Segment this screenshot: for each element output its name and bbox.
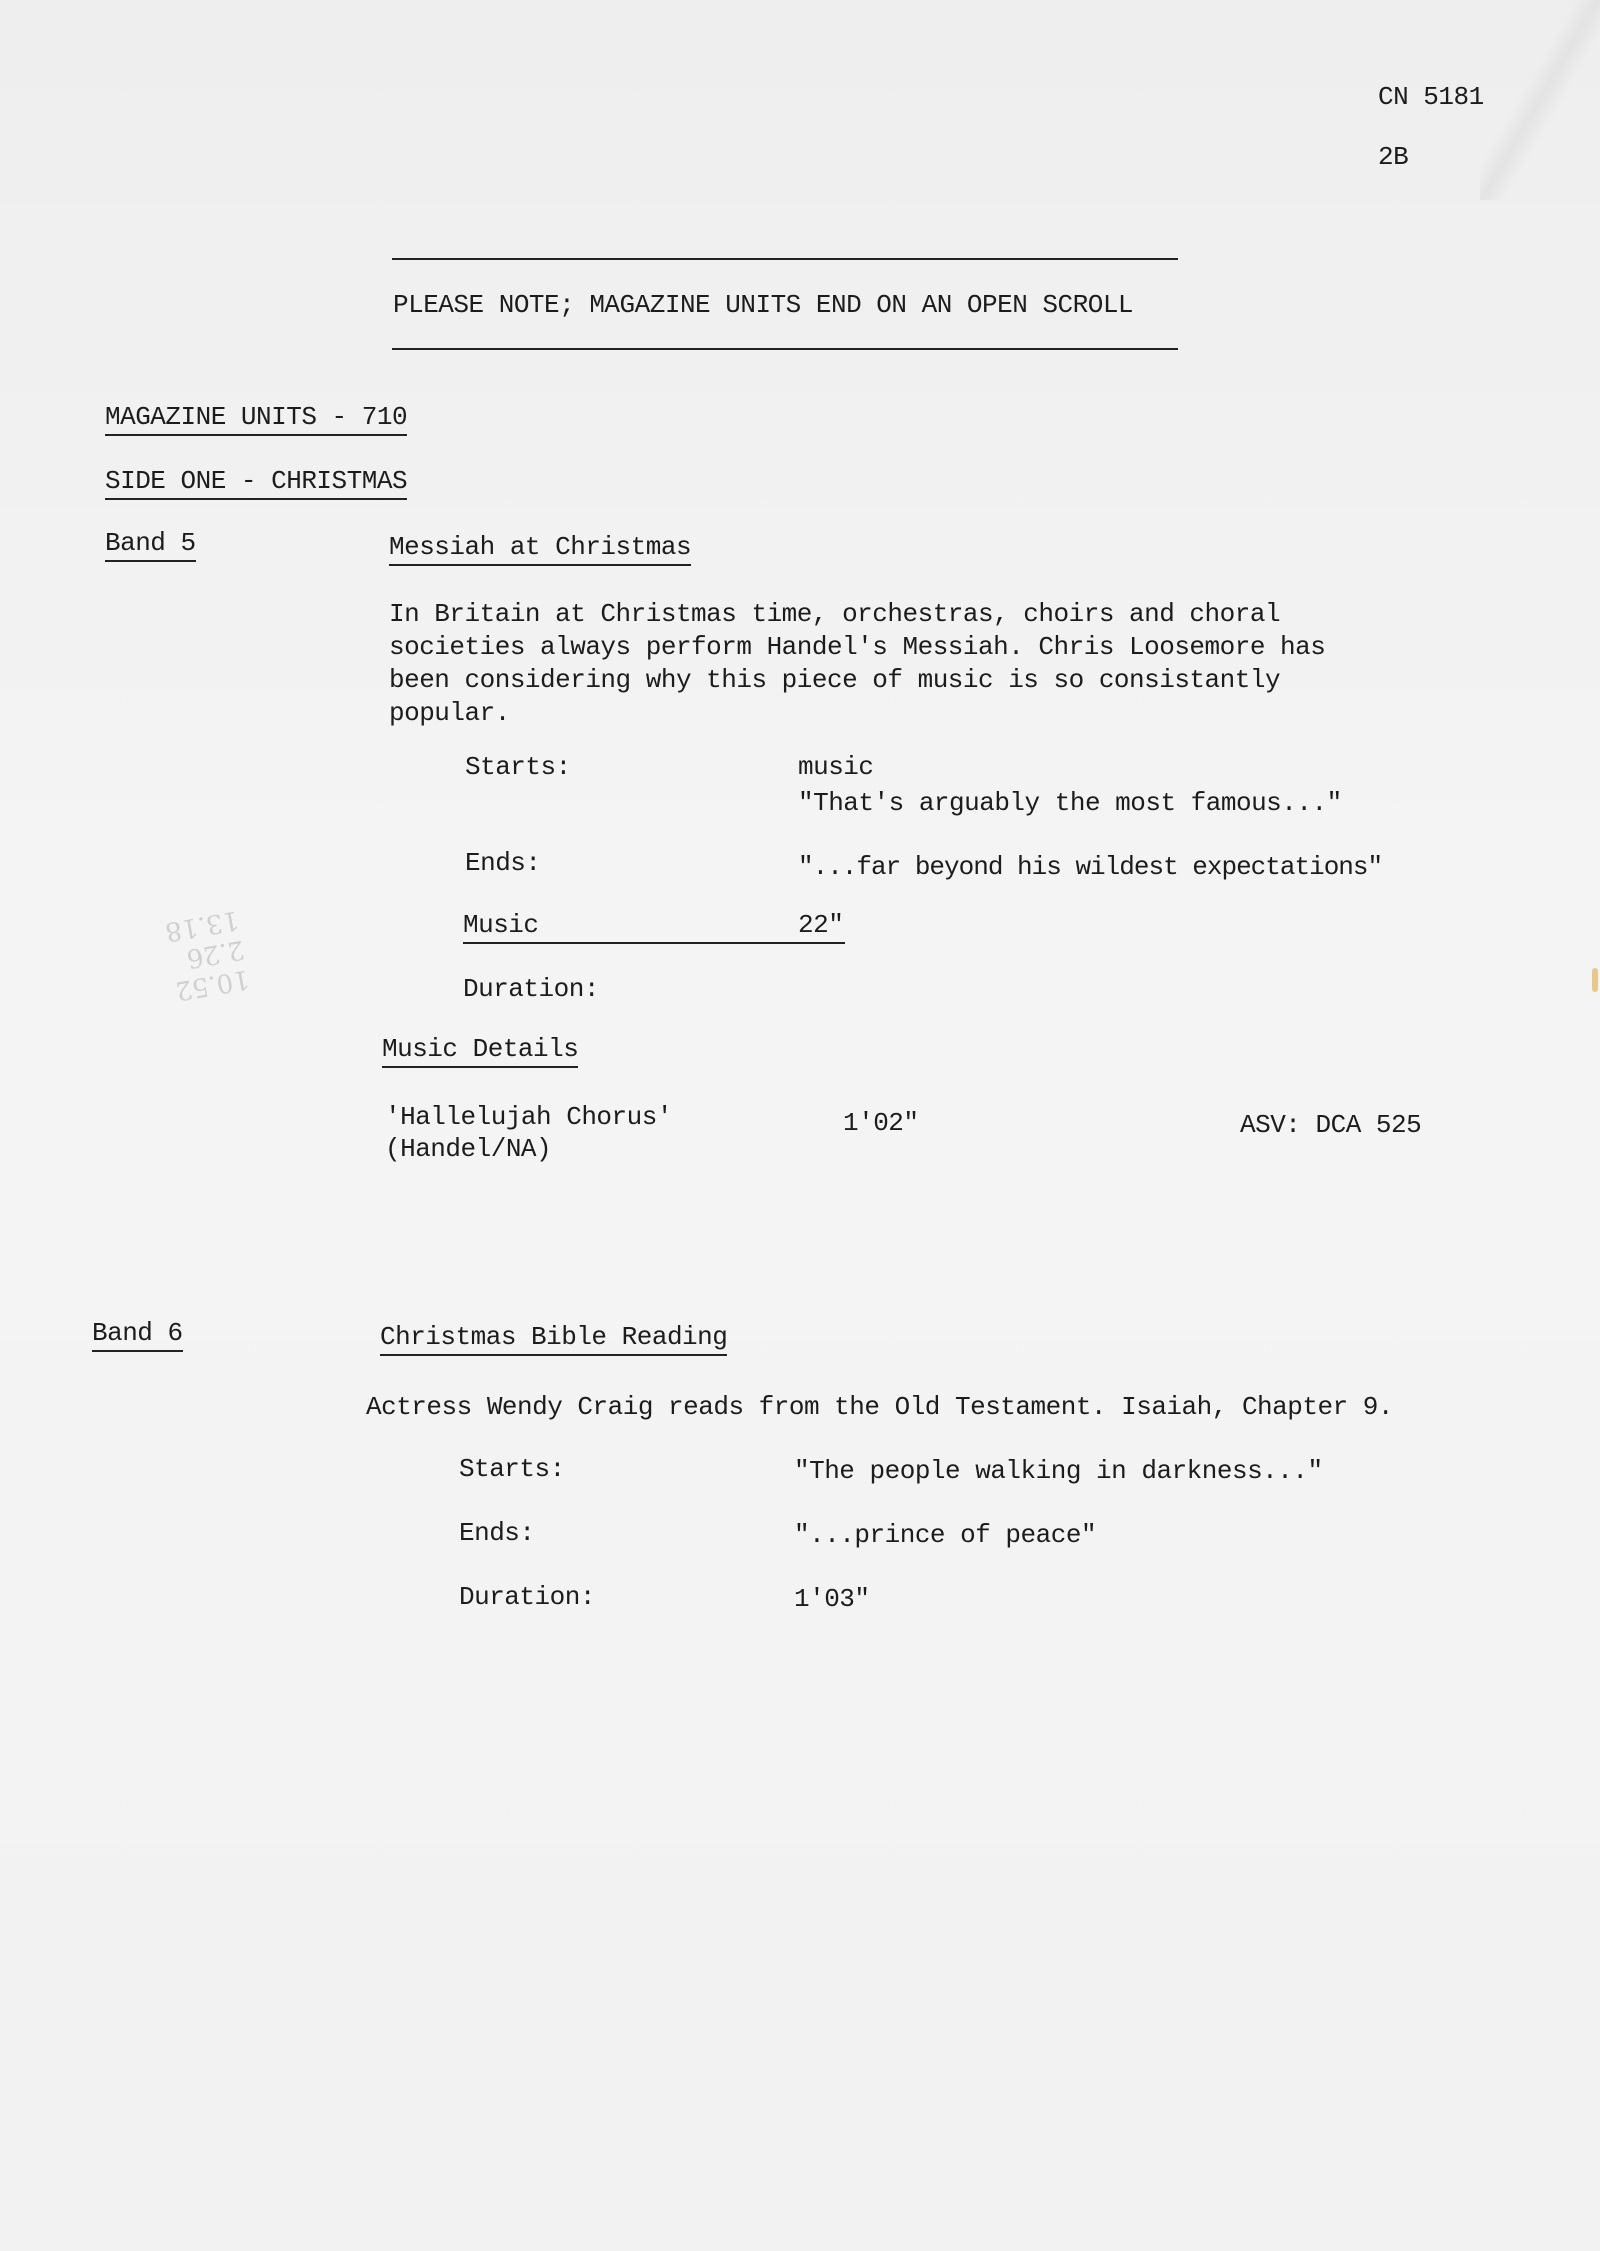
handwritten-notes: 10.52 2.26 13.18 [163, 904, 252, 1006]
starts-value: "The people walking in darkness..." [794, 1456, 1323, 1486]
starts-value-quote: "That's arguably the most famous..." [798, 788, 1342, 818]
paper-stain [1592, 968, 1598, 992]
ends-label: Ends: [459, 1518, 535, 1548]
band-title: Messiah at Christmas [389, 532, 691, 566]
music-duration: 1'02" [843, 1108, 919, 1138]
notice-text: PLEASE NOTE; MAGAZINE UNITS END ON AN OP… [393, 290, 1133, 320]
notice-rule-bottom [392, 348, 1178, 350]
starts-label: Starts: [459, 1454, 565, 1484]
duration-label: Duration: [459, 1582, 595, 1612]
ends-value: "...far beyond his wildest expectations" [798, 852, 1382, 882]
starts-value-cue: music [798, 752, 874, 782]
band-description: Actress Wendy Craig reads from the Old T… [366, 1392, 1393, 1422]
page-fold-shadow [1480, 0, 1600, 200]
music-value: 22" [798, 910, 843, 940]
starts-label: Starts: [465, 752, 571, 782]
band-description: In Britain at Christmas time, orchestras… [389, 598, 1399, 730]
band-title: Christmas Bible Reading [380, 1322, 727, 1356]
note-line: 10.52 [173, 963, 252, 1005]
page-code: 2B [1378, 142, 1408, 172]
music-catalogue: ASV: DCA 525 [1240, 1110, 1421, 1140]
notice-rule-top [392, 258, 1178, 260]
reference-number: CN 5181 [1378, 82, 1484, 112]
music-label: Music [463, 910, 539, 940]
ends-label: Ends: [465, 848, 541, 878]
music-rule [463, 942, 845, 944]
section-title: MAGAZINE UNITS - 710 [105, 402, 407, 436]
band-label: Band 5 [105, 528, 196, 562]
ends-value: "...prince of peace" [794, 1520, 1096, 1550]
band-label: Band 6 [92, 1318, 183, 1352]
music-credit: (Handel/NA) [385, 1134, 551, 1164]
duration-label: Duration: [463, 974, 599, 1004]
music-title: 'Hallelujah Chorus' [385, 1102, 672, 1132]
side-title: SIDE ONE - CHRISTMAS [105, 466, 407, 500]
duration-value: 1'03" [794, 1584, 870, 1614]
music-details-heading: Music Details [382, 1034, 578, 1068]
